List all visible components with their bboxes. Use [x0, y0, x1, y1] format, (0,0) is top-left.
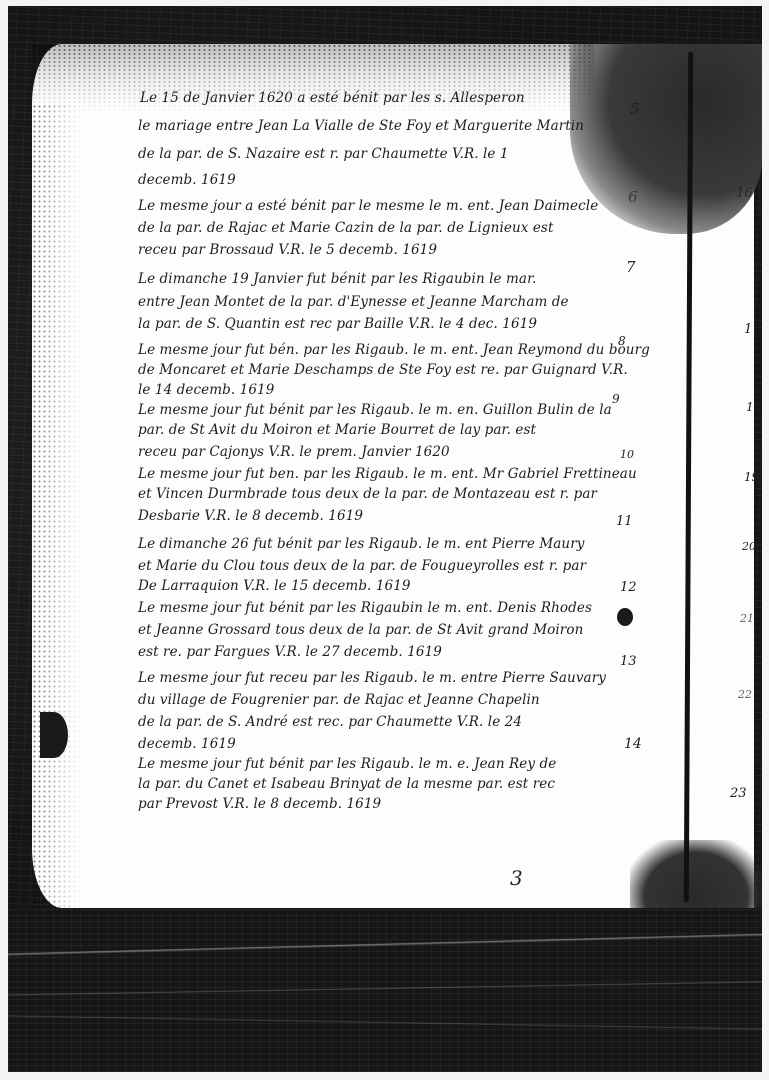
entry-7-line-2: entre Jean Montet de la par. d'Eynesse e… — [138, 294, 569, 310]
entry-11-line-1: Le dimanche 26 fut bénit par les Rigaub.… — [138, 536, 584, 552]
entry-number-11: 11 — [616, 514, 633, 529]
entry-8-line-2: de Moncaret et Marie Deschamps de Ste Fo… — [138, 362, 628, 378]
entry-number-12: 12 — [620, 580, 637, 595]
entry-12-line-3: est re. par Fargues V.R. le 27 decemb. 1… — [138, 644, 442, 660]
entry-13-line-3: de la par. de S. André est rec. par Chau… — [138, 714, 522, 730]
entry-1-line-2: le mariage entre Jean La Vialle de Ste F… — [138, 118, 584, 134]
entry-12-line-1: Le mesme jour fut bénit par les Rigaubin… — [138, 600, 592, 616]
entry-14-line-3: par Prevost V.R. le 8 decemb. 1619 — [138, 796, 381, 812]
entry-14-line-1: Le mesme jour fut bénit par les Rigaub. … — [138, 756, 556, 772]
facing-page-number-19: 19 — [744, 470, 759, 484]
entry-number-13: 13 — [620, 654, 637, 669]
facing-page-number-6: 6 — [628, 188, 638, 206]
entry-13-line-4: decemb. 1619 — [138, 736, 236, 752]
entry-2-line-3: receu par Brossaud V.R. le 5 decemb. 161… — [138, 242, 437, 258]
entry-number-9: 9 — [612, 392, 620, 406]
entry-13-line-2: du village de Fougrenier par. de Rajac e… — [138, 692, 540, 708]
entry-1-line-1: Le 15 de Janvier 1620 a esté bénit par l… — [140, 90, 525, 106]
entry-11-line-2: et Marie du Clou tous deux de la par. de… — [138, 558, 586, 574]
entry-10-line-2: et Vincen Durmbrade tous deux de la par.… — [138, 486, 597, 502]
entry-13-line-1: Le mesme jour fut receu par les Rigaub. … — [138, 670, 606, 686]
entry-9-line-1: Le mesme jour fut bénit par les Rigaub. … — [138, 402, 612, 418]
entry-9-line-3: receu par Cajonys V.R. le prem. Janvier … — [138, 444, 450, 460]
entry-14-line-2: la par. du Canet et Isabeau Brinyat de l… — [138, 776, 555, 792]
page-number: 3 — [510, 866, 523, 890]
facing-page-number-23: 23 — [730, 786, 747, 801]
register-entries: Le 15 de Janvier 1620 a esté bénit par l… — [0, 0, 769, 1080]
facing-page-number-20: 20 — [742, 540, 756, 553]
entry-7-line-3: la par. de S. Quantin est rec par Baille… — [138, 316, 537, 332]
entry-12-line-2: et Jeanne Grossard tous deux de la par. … — [138, 622, 583, 638]
facing-page-number-21: 21 — [740, 612, 754, 625]
facing-page-number-17: 17 — [744, 322, 761, 337]
entry-number-7: 7 — [626, 258, 636, 276]
entry-2-line-1: Le mesme jour a esté bénit par le mesme … — [138, 198, 598, 214]
entry-10-line-3: Desbarie V.R. le 8 decemb. 1619 — [138, 508, 363, 524]
facing-page-number-22: 22 — [738, 688, 752, 701]
entry-number-10: 10 — [620, 448, 634, 461]
entry-8-line-3: le 14 decemb. 1619 — [138, 382, 274, 398]
entry-8-line-1: Le mesme jour fut bén. par les Rigaub. l… — [138, 342, 650, 358]
entry-number-8: 8 — [618, 334, 626, 348]
facing-page-number-18: 18 — [746, 400, 761, 414]
entry-11-line-3: De Larraquion V.R. le 15 decemb. 1619 — [138, 578, 411, 594]
entry-number-14: 14 — [624, 736, 642, 752]
facing-page-number-16: 16 — [736, 186, 753, 201]
entry-7-line-1: Le dimanche 19 Janvier fut bénit par les… — [138, 271, 537, 287]
facing-page-number-5: 5 — [630, 100, 640, 118]
entry-9-line-2: par. de St Avit du Moiron et Marie Bourr… — [138, 422, 536, 438]
entry-10-line-1: Le mesme jour fut ben. par les Rigaub. l… — [138, 466, 637, 482]
entry-1-line-3: de la par. de S. Nazaire est r. par Chau… — [138, 146, 509, 162]
entry-2-line-2: de la par. de Rajac et Marie Cazin de la… — [138, 220, 554, 236]
entry-1-line-4: decemb. 1619 — [138, 172, 236, 188]
